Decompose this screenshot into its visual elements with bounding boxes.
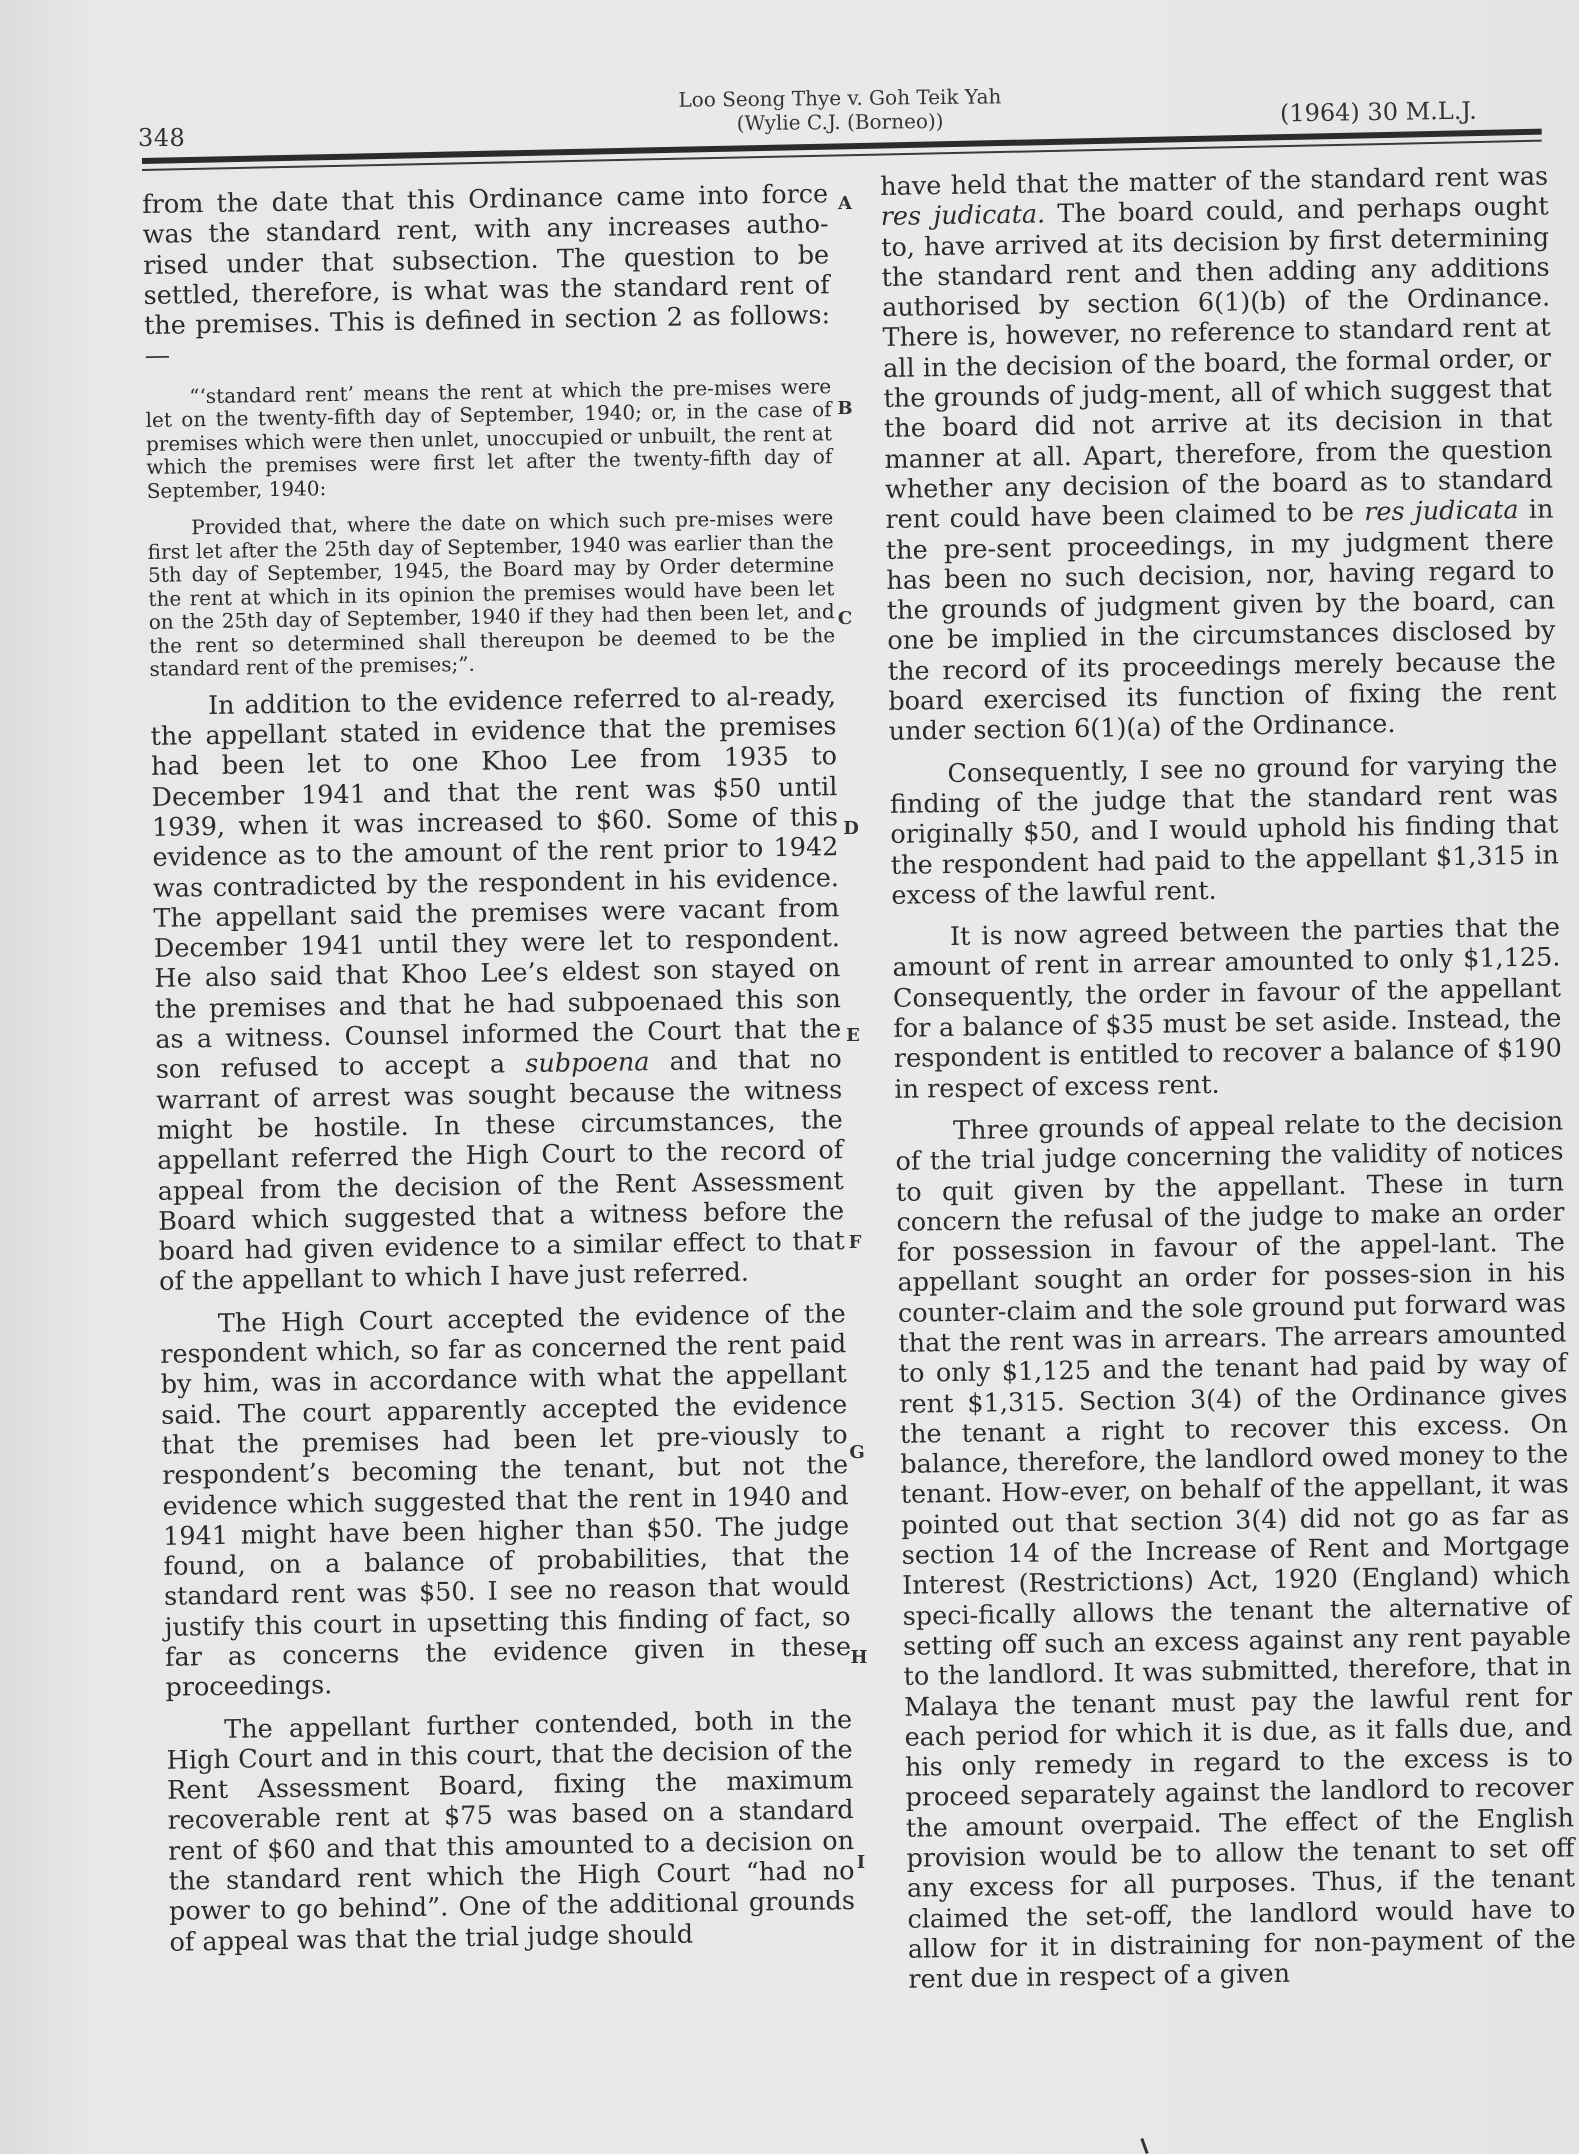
margin-letter-h: H xyxy=(844,1647,874,1668)
margin-letter-a: A xyxy=(830,193,860,214)
margin-letter-i: I xyxy=(846,1852,876,1873)
right-column: have held that the matter of the standar… xyxy=(880,162,1577,2008)
statute-quote-definition: “‘standard rent’ means the rent at which… xyxy=(145,375,833,503)
case-title: Loo Seong Thye v. Goh Teik Yah (Wylie C.… xyxy=(560,83,1120,137)
paragraph: Three grounds of appeal relate to the de… xyxy=(895,1106,1577,1995)
document-page: 348 Loo Seong Thye v. Goh Teik Yah (Wyli… xyxy=(0,0,1579,2154)
paragraph-text: The board could, and perhaps ought to, h… xyxy=(881,192,1553,535)
italic-term: res judicata xyxy=(1364,495,1519,527)
paragraph: It is now agreed between the parties tha… xyxy=(892,913,1563,1105)
italic-term: subpoena xyxy=(525,1047,650,1079)
margin-letter-c: C xyxy=(830,608,860,629)
paragraph: Consequently, I see no ground for varyin… xyxy=(889,749,1559,911)
page-number: 348 xyxy=(138,124,185,152)
left-column: from the date that this Ordinance came i… xyxy=(142,179,856,1970)
stray-pen-mark xyxy=(1140,2138,1148,2154)
paragraph: from the date that this Ordinance came i… xyxy=(142,179,831,372)
paragraph: The High Court accepted the evidence of … xyxy=(160,1299,852,1704)
paragraph: In addition to the evidence referred to … xyxy=(150,681,845,1298)
italic-term: res judicata. xyxy=(880,200,1045,233)
paragraph: have held that the matter of the standar… xyxy=(880,162,1557,748)
page-header: 348 Loo Seong Thye v. Goh Teik Yah (Wyli… xyxy=(0,0,1579,180)
margin-letter-g: G xyxy=(842,1442,872,1463)
margin-letter-f: F xyxy=(840,1232,870,1253)
case-title-judge: (Wylie C.J. (Borneo)) xyxy=(560,107,1120,137)
paragraph-text: In addition to the evidence referred to … xyxy=(150,681,841,1085)
statute-quote-proviso: Provided that, where the date on which s… xyxy=(147,506,835,681)
margin-letter-e: E xyxy=(838,1025,868,1046)
margin-letter-b: B xyxy=(830,398,860,419)
margin-letter-d: D xyxy=(836,818,866,839)
citation: (1964) 30 M.L.J. xyxy=(1280,97,1477,128)
paragraph: The appellant further contended, both in… xyxy=(166,1705,856,1958)
